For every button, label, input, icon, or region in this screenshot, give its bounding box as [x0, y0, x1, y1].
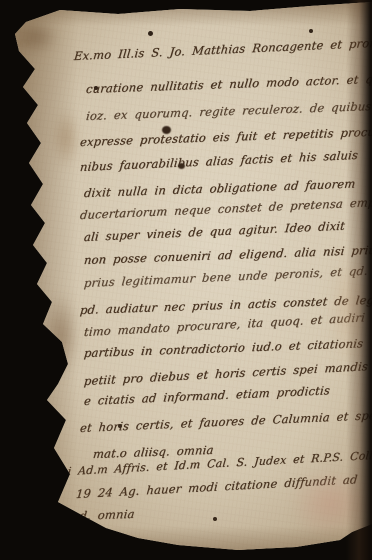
- manuscript-line: 19 24 Ag. hauer modi citatione diffundit…: [75, 473, 358, 500]
- manuscript-line: ali super vineis de qua agitur. Ideo dix…: [83, 220, 345, 243]
- ghost-writing: expresse protestatio eis fuit et repetit…: [0, 36, 30, 56]
- manuscript-line: nibus fauorabilibus alias factis et his …: [79, 149, 358, 173]
- ghost-writing: non posse conueniri ad eligend. alia nis…: [0, 290, 20, 312]
- ink-spot: [148, 31, 153, 36]
- manuscript-line: ioz. ex quorumq. regite reculeroz. de qu…: [85, 100, 372, 122]
- manuscript-line: non posse conueniri ad eligend. alia nis…: [83, 244, 372, 266]
- photograph-backdrop: expresse protestatio eis fuit et repetit…: [0, 0, 372, 560]
- ghost-writing: prius legitimamur bene unde peronis, et …: [0, 150, 24, 170]
- manuscript-page: expresse protestatio eis fuit et repetit…: [0, 0, 372, 560]
- ghost-writing: et horis certis, et fauores de Calumnia …: [0, 430, 24, 447]
- ghost-writing: ali super vineis de qua agitur. Ideo dix…: [0, 92, 26, 109]
- manuscript-line: ducertariorum neque constet de pretensa …: [79, 195, 372, 221]
- ink-spot: [309, 29, 313, 33]
- manuscript-line: partibus in contradictorio iud.o et cita…: [83, 337, 363, 359]
- ghost-writing: nibus fauorabilibus alias factis et his …: [0, 206, 24, 223]
- manuscript-line: e citatis ad informand. etiam prodictis: [83, 384, 330, 407]
- ghost-writing: partibus in contradictorio iud.o et cita…: [0, 346, 20, 368]
- manuscript-line: expresse protestatio eis fuit et repetit…: [79, 125, 372, 148]
- ghost-writing: e citatis ad informand. etiam prodictis: [0, 402, 20, 422]
- bottom-edge-shading: [0, 526, 372, 560]
- ghost-writing: ioz. ex quorumq. regite reculeroz. de qu…: [0, 122, 20, 144]
- top-edge-shading: [0, 0, 372, 26]
- manuscript-line: curatione nullitatis et nullo modo actor…: [85, 72, 372, 95]
- ghost-writing: dixit nulla in dicta obligatione ad fauo…: [0, 64, 22, 85]
- manuscript-line: prius legitimamur bene unde peronis, et …: [83, 263, 372, 289]
- ghost-writing: curatione nullitatis et nullo modo actor…: [0, 374, 26, 394]
- ink-spot: [213, 517, 217, 521]
- ghost-writing: pd. audiatur nec prius in actis constet …: [0, 318, 24, 335]
- ghost-writing: petiit pro diebus et horis certis spei m…: [0, 234, 20, 255]
- manuscript-line: et horis certis, et fauores de Calumnia …: [79, 409, 372, 434]
- ghost-writing: Ex.mo Ill.is S. Jo. Matthias Roncagente …: [0, 456, 30, 477]
- ghost-writing: ducertariorum neque constet de pretensa …: [0, 262, 26, 282]
- manuscript-line: dixit nulla in dicta obligatione ad fauo…: [83, 177, 356, 199]
- folio-number: 2.: [17, 104, 33, 121]
- ghost-writing: timo mandato procurare, ita quoq. et aud…: [0, 178, 18, 199]
- paper-stain: [52, 108, 80, 168]
- torn-edge-shading: [0, 0, 78, 560]
- manuscript-line: pd. omnia: [71, 508, 135, 522]
- manuscript-line: Ex.mo Ill.is S. Jo. Matthias Roncagente …: [73, 34, 372, 62]
- paper-stain: [44, 292, 78, 380]
